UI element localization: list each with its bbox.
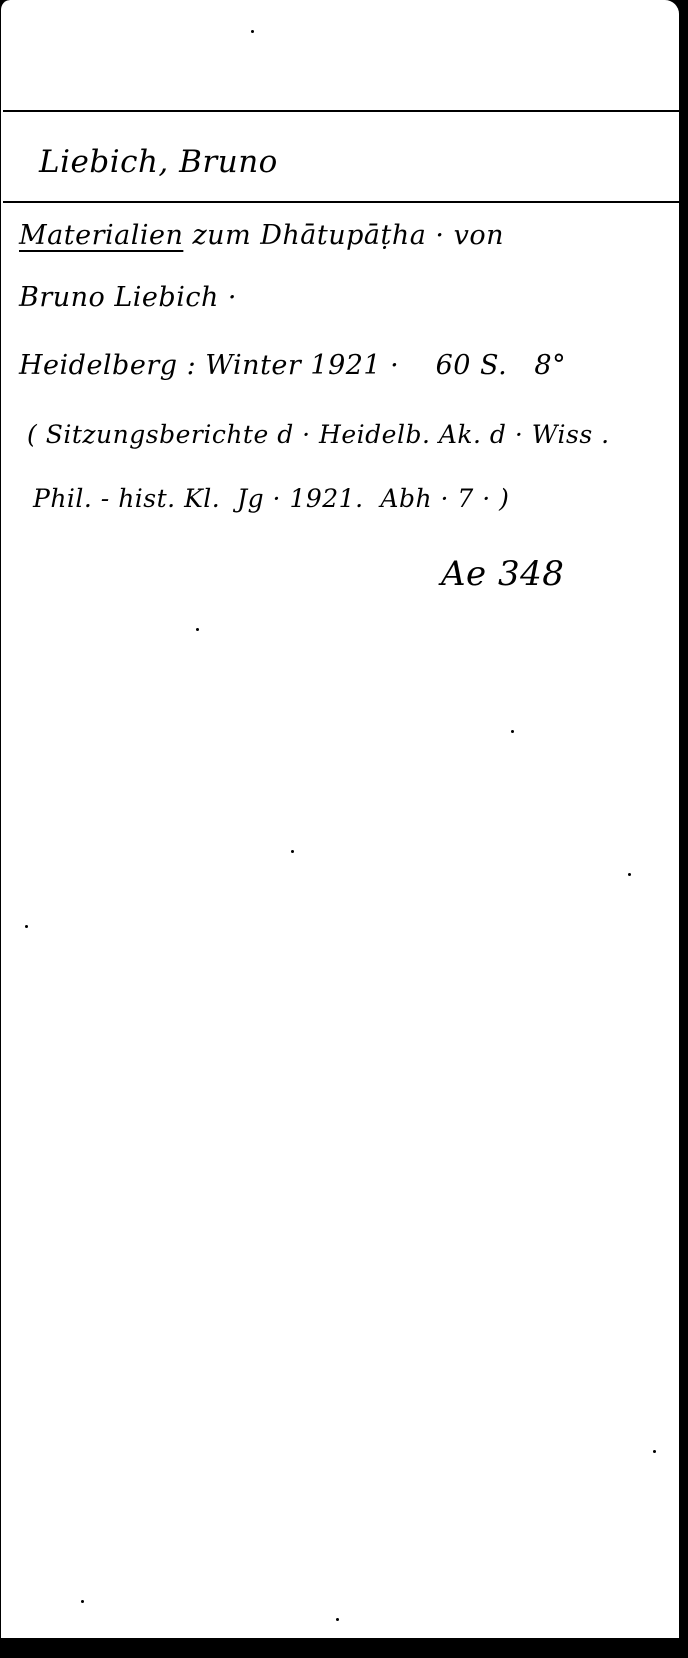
series-line-2: Phil. - hist. Kl. Jg · 1921. Abh · 7 · ) [33, 484, 509, 513]
header-divider [3, 110, 679, 112]
scan-speck [291, 850, 294, 853]
scan-speck [196, 628, 199, 631]
title-rest: zum Dhātupāṭha · von [192, 220, 504, 251]
call-number: Ae 348 [441, 554, 564, 594]
scan-speck [81, 1600, 84, 1603]
scan-speck [511, 730, 514, 733]
author-line: Bruno Liebich · [19, 282, 237, 313]
author-heading: Liebich, Bruno [39, 144, 278, 180]
scan-speck [628, 873, 631, 876]
scan-speck [25, 925, 28, 928]
title-main: Materialien [19, 220, 183, 251]
heading-divider [3, 201, 679, 203]
scan-speck [653, 1450, 656, 1453]
imprint-line: Heidelberg : Winter 1921 · 60 S. 8° [19, 350, 566, 381]
scan-speck [251, 30, 254, 33]
series-line-1: ( Sitzungsberichte d · Heidelb. Ak. d · … [27, 420, 610, 449]
title-line: Materialien zum Dhātupāṭha · von [19, 220, 504, 251]
scan-speck [336, 1618, 339, 1621]
catalog-card: Liebich, Bruno Materialien zum Dhātupāṭh… [0, 0, 679, 1638]
